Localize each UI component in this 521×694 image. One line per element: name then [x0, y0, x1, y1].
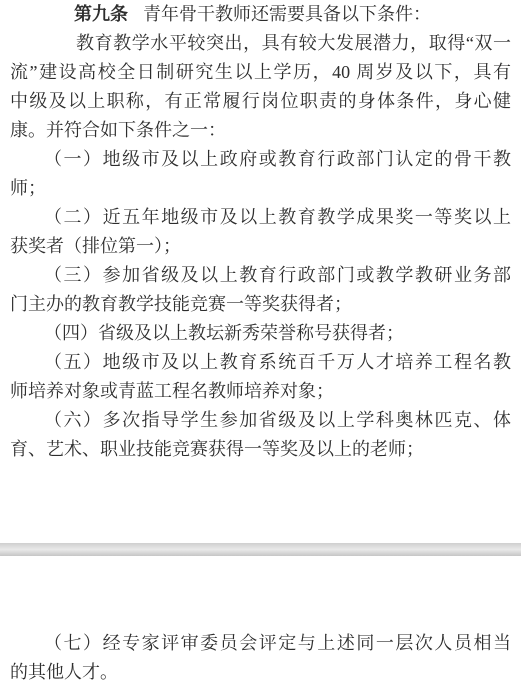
text-line-item-5: （五）地级市及以上教育系统百千万人才培养工程名教	[10, 348, 511, 377]
text-line: 中级及以上职称，有正常履行岗位职责的身体条件，身心健	[10, 87, 511, 116]
page-break-separator	[0, 543, 521, 556]
text-line-item-7: （七）经专家评审委员会评定与上述同一层次人员相当	[10, 629, 511, 658]
text-line-item-1: （一）地级市及以上政府或教育行政部门认定的骨干教	[10, 145, 511, 174]
document-page-2: （七）经专家评审委员会评定与上述同一层次人员相当 的其他人才。	[10, 629, 511, 687]
text-line: 流”建设高校全日制研究生以上学历，40 周岁及以下，具有	[10, 58, 511, 87]
text-line: 获奖者（排位第一）；	[10, 232, 511, 261]
article-title: 青年骨干教师还需要具备以下条件：	[143, 4, 431, 24]
text-line-item-6: （六）多次指导学生参加省级及以上学科奥林匹克、体	[10, 406, 511, 435]
text-line: 的其他人才。	[10, 658, 511, 687]
text-line: 育、艺术、职业技能竞赛获得一等奖及以上的老师；	[10, 435, 511, 464]
text-line: 门主办的教育教学技能竞赛一等奖获得者；	[10, 290, 511, 319]
text-line: 康。并符合如下条件之一：	[10, 116, 511, 145]
text-line-item-4: （四）省级及以上教坛新秀荣誉称号获得者；	[10, 319, 511, 348]
text-line: 教育教学水平较突出，具有较大发展潜力，取得“双一	[10, 29, 511, 58]
article-heading: 第九条青年骨干教师还需要具备以下条件：	[10, 0, 511, 29]
text-line-item-2: （二）近五年地级市及以上教育教学成果奖一等奖以上	[10, 203, 511, 232]
text-line-item-3: （三）参加省级及以上教育行政部门或教学教研业务部	[10, 261, 511, 290]
article-number: 第九条	[74, 4, 128, 24]
text-line: 师；	[10, 174, 511, 203]
document-page-1: 第九条青年骨干教师还需要具备以下条件： 教育教学水平较突出，具有较大发展潜力，取…	[10, 0, 511, 464]
text-line: 师培养对象或青蓝工程名教师培养对象；	[10, 377, 511, 406]
